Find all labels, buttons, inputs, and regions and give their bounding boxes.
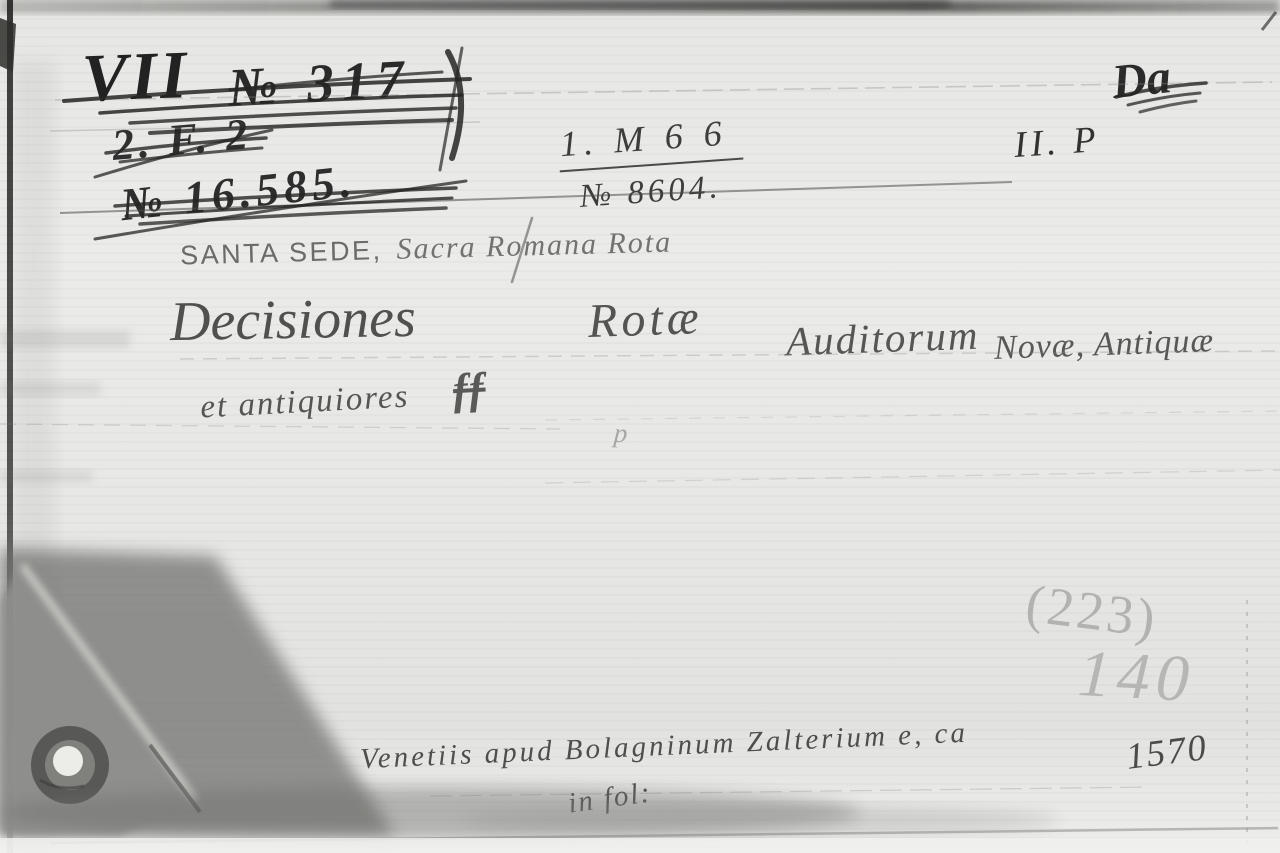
title-line2: et antiquioresff bbox=[199, 367, 487, 426]
cancelled-shelfmark-317: № 317 bbox=[227, 51, 413, 115]
imprint-format: in fol: bbox=[566, 778, 653, 818]
grommet bbox=[31, 726, 109, 804]
title-word-novae: Novæ, Antiquæ bbox=[993, 324, 1214, 366]
cancelled-shelfmark-16585: № 16.585. bbox=[118, 158, 358, 228]
cancelled-shelfmark-roman: VII bbox=[81, 40, 191, 112]
corner-scribble: Da bbox=[1110, 53, 1173, 107]
title-word-auditorum: Auditorum bbox=[785, 315, 980, 363]
corner-mount bbox=[0, 548, 395, 835]
scanned-catalog-card: VII № 317 2. F. 2 № 16.585. 1. M 6 6 № 8… bbox=[0, 0, 1280, 853]
title-word-rotae: Rotæ bbox=[587, 294, 703, 346]
cancelled-shelfmark-f2: 2. F. 2 bbox=[110, 112, 253, 168]
top-scan-band bbox=[0, 0, 1280, 30]
heading: SANTA SEDE, Sacra Romana Rota bbox=[180, 228, 673, 271]
imprint-year: 1570 bbox=[1124, 729, 1210, 776]
imprint-place: Venetiis apud Bolagninum Zalterium e, ca bbox=[360, 719, 969, 774]
heading-script: Sacra Romana Rota bbox=[396, 226, 672, 266]
etc-abbreviation-mark: ff bbox=[452, 364, 487, 415]
heading-caps: SANTA SEDE, bbox=[180, 235, 383, 270]
pencil-note-number: 140 bbox=[1076, 641, 1196, 713]
pencil-note-paren: (223) bbox=[1023, 576, 1161, 646]
stray-pencil-mark: p bbox=[613, 420, 628, 448]
accession-number: № 8604. bbox=[579, 171, 723, 214]
title-word-decisiones: Decisiones bbox=[170, 290, 417, 350]
corner-mark: II. P bbox=[1013, 121, 1101, 164]
shelfmark: 1. M 6 6 bbox=[557, 114, 744, 173]
title-line2-text: et antiquiores bbox=[199, 379, 410, 426]
